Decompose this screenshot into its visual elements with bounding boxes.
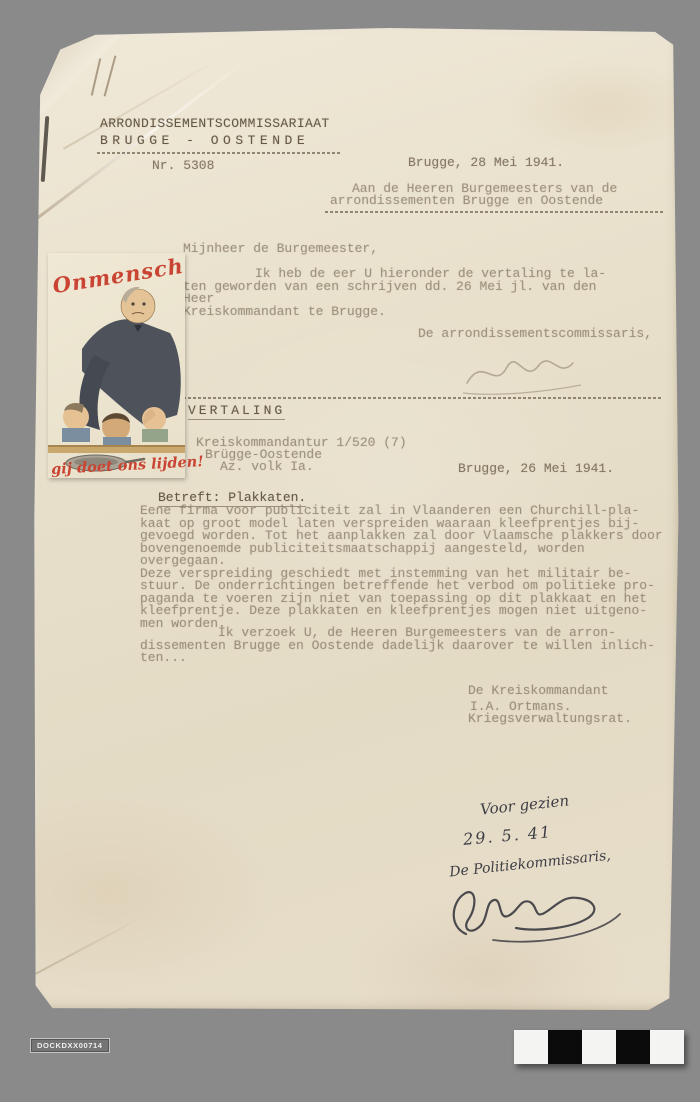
section-divider <box>183 397 661 399</box>
scale-bar-segment <box>548 1030 582 1064</box>
addressee-rule <box>325 211 665 213</box>
signature-rank: Kriegsverwaltungsrat. <box>468 713 632 726</box>
commissaris-signature <box>455 345 590 403</box>
scale-bar-segment <box>616 1030 650 1064</box>
scale-bar-segment <box>582 1030 616 1064</box>
addressee-line2: arrondissementen Brugge en Oostende <box>330 195 603 208</box>
archive-label: DOCKDXX00714 <box>30 1038 110 1053</box>
translation-request: Ik verzoek U, de Heeren Burgemeesters va… <box>140 627 670 665</box>
translation-body: Eene firma voor publiciteit zal in Vlaan… <box>140 505 670 630</box>
translation-heading: VERTALING <box>188 405 285 420</box>
propaganda-sticker: Onmensch gij doet ons lijden! <box>48 253 185 478</box>
intro-paragraph: Ik heb de eer U hieronder de vertaling t… <box>183 268 613 318</box>
letterhead-rule <box>97 152 341 154</box>
photographed-document: ARRONDISSEMENTSCOMMISSARIAAT BRUGGE - OO… <box>0 0 700 1102</box>
scale-bar <box>514 1030 684 1064</box>
letterhead-org: ARRONDISSEMENTSCOMMISSARIAAT <box>100 118 330 131</box>
salutation: Mijnheer de Burgemeester, <box>183 243 378 256</box>
intro-signoff: De arrondissementscommissaris, <box>418 328 652 341</box>
scale-bar-segment <box>650 1030 684 1064</box>
letter-date: Brugge, 28 Mei 1941. <box>408 157 564 170</box>
police-commissioner-signature <box>438 876 628 948</box>
translation-ref3: Az. volk Ia. <box>220 461 314 474</box>
letter-paper: ARRONDISSEMENTSCOMMISSARIAAT BRUGGE - OO… <box>33 28 681 1012</box>
letterhead-city: BRUGGE - OOSTENDE <box>100 135 309 148</box>
letter-number: Nr. 5308 <box>152 160 214 173</box>
signature-title: De Kreiskommandant <box>468 685 608 698</box>
scale-bar-segment <box>514 1030 548 1064</box>
translation-date: Brugge, 26 Mei 1941. <box>458 463 614 476</box>
